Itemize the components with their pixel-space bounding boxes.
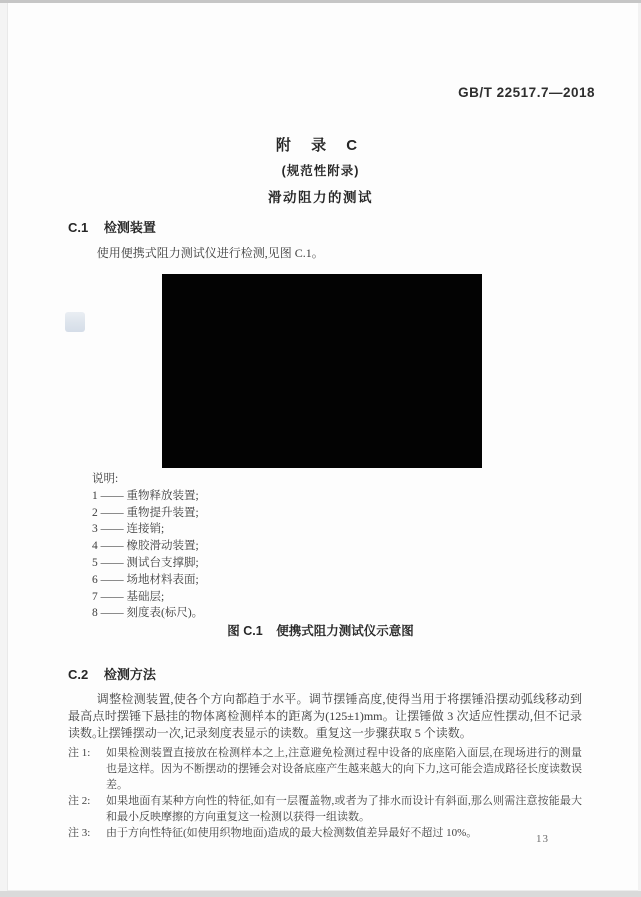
- appendix-subtitle: (规范性附录): [0, 161, 641, 179]
- section-c1-paragraph: 使用便携式阻力测试仪进行检测,见图 C.1。: [68, 245, 582, 262]
- document-page: GB/T 22517.7—2018 附 录 C (规范性附录) 滑动阻力的测试 …: [0, 0, 641, 897]
- note-text: 如果地面有某种方向性的特征,如有一层覆盖物,或者为了排水而设计有斜面,那么则需注…: [106, 793, 582, 825]
- figure-legend: 说明: 1 —— 重物释放装置; 2 —— 重物提升装置; 3 —— 连接销; …: [92, 471, 203, 622]
- legend-item: 7 —— 基础层;: [92, 589, 203, 606]
- legend-item: 8 —— 刻度表(标尺)。: [92, 605, 203, 622]
- section-c1-number: C.1: [68, 220, 88, 235]
- appendix-title: 附 录 C: [0, 134, 641, 155]
- note-text: 如果检测装置直接放在检测样本之上,注意避免检测过程中设备的底座陷入面层,在现场进…: [106, 745, 582, 793]
- note-label: 注 1:: [68, 745, 106, 761]
- section-c2-heading: C.2 检测方法: [68, 664, 156, 683]
- figure-caption: 图 C.1 便携式阻力测试仪示意图: [0, 621, 641, 639]
- note-label: 注 2:: [68, 793, 106, 809]
- note-item: 注 1: 如果检测装置直接放在检测样本之上,注意避免检测过程中设备的底座陷入面层…: [68, 745, 582, 793]
- scan-artifact-spot: [65, 312, 85, 332]
- page-number: 13: [536, 833, 549, 845]
- legend-item: 4 —— 橡胶滑动装置;: [92, 538, 203, 555]
- appendix-title-block: 附 录 C (规范性附录) 滑动阻力的测试: [0, 134, 641, 206]
- legend-title: 说明:: [92, 471, 203, 488]
- legend-item: 3 —— 连接销;: [92, 521, 203, 538]
- figure-image-redacted: [162, 274, 482, 468]
- note-item: 注 2: 如果地面有某种方向性的特征,如有一层覆盖物,或者为了排水而设计有斜面,…: [68, 793, 582, 825]
- appendix-topic: 滑动阻力的测试: [0, 186, 641, 206]
- figure-caption-label: 图 C.1: [227, 624, 262, 638]
- section-c1-title: 检测装置: [104, 220, 156, 235]
- section-c2-number: C.2: [68, 667, 88, 682]
- note-text: 由于方向性特征(如使用织物地面)造成的最大检测数值差异最好不超过 10%。: [106, 825, 582, 841]
- legend-item: 2 —— 重物提升装置;: [92, 505, 203, 522]
- legend-item: 5 —— 测试台支撑脚;: [92, 555, 203, 572]
- legend-item: 6 —— 场地材料表面;: [92, 572, 203, 589]
- section-c2-paragraph-2: 让摆锤摆动一次,记录刻度表显示的读数。重复这一步骤获取 5 个读数。: [68, 725, 582, 742]
- note-label: 注 3:: [68, 825, 106, 841]
- section-c2-title: 检测方法: [104, 667, 156, 682]
- notes-block: 注 1: 如果检测装置直接放在检测样本之上,注意避免检测过程中设备的底座陷入面层…: [68, 745, 582, 841]
- section-c1-heading: C.1 检测装置: [68, 217, 156, 236]
- legend-item: 1 —— 重物释放装置;: [92, 488, 203, 505]
- figure-caption-text: 便携式阻力测试仪示意图: [276, 624, 414, 638]
- note-item: 注 3: 由于方向性特征(如使用织物地面)造成的最大检测数值差异最好不超过 10…: [68, 825, 582, 841]
- standard-number: GB/T 22517.7—2018: [458, 85, 595, 100]
